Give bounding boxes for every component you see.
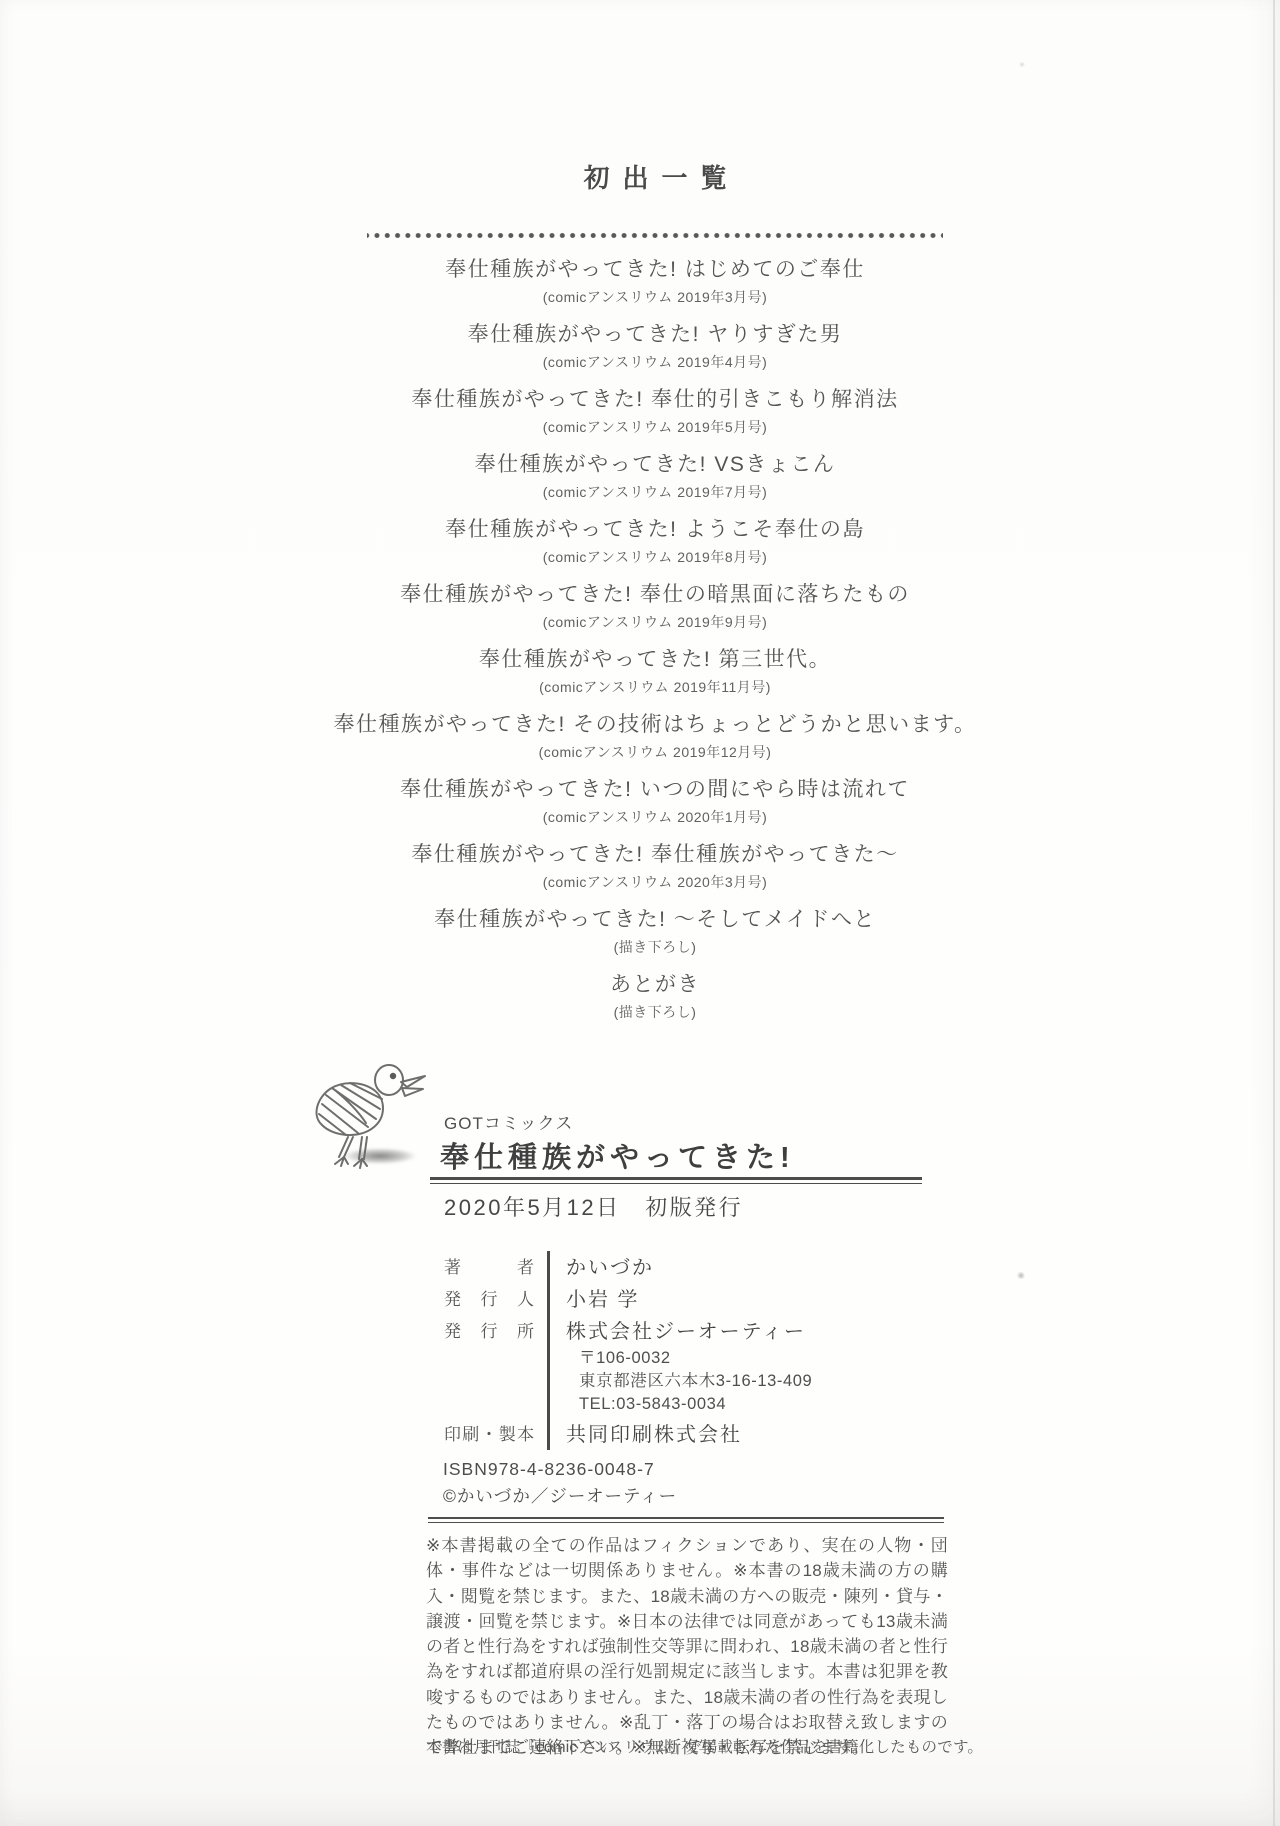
credit-value: かいづか (566, 1255, 924, 1281)
credit-label: 著者 (444, 1251, 534, 1283)
list-item: 奉仕種族がやってきた! ヤりすぎた男 (comicアンスリウム 2019年4月号… (330, 320, 980, 385)
credit-extra-line: 〒106-0032 (579, 1347, 924, 1370)
credit-value: 共同印刷株式会社 (566, 1422, 924, 1448)
book-title: 奉仕種族がやってきた! (440, 1135, 795, 1176)
serialization-note: 本書は月刊誌『comicアンスリウム』で掲載された作品を書籍化したものです。 (426, 1735, 966, 1757)
entry-source: (comicアンスリウム 2019年3月号) (330, 287, 980, 307)
entry-source: (comicアンスリウム 2019年4月号) (330, 352, 980, 372)
entry-title: 奉仕種族がやってきた! ようこそ奉仕の島 (330, 515, 980, 545)
list-item: 奉仕種族がやってきた! 〜そしてメイドへと (描き下ろし) (330, 905, 980, 970)
edition-date: 2020年5月12日 初版発行 (444, 1191, 743, 1222)
entry-title: 奉仕種族がやってきた! その技術はちょっとどうかと思います。 (330, 710, 980, 740)
credit-extra-line: TEL:03-5843-0034 (579, 1393, 924, 1416)
entry-title: 奉仕種族がやってきた! 奉仕の暗黒面に落ちたもの (330, 580, 980, 610)
scan-speck (1016, 1272, 1026, 1279)
entry-title: 奉仕種族がやってきた! はじめてのご奉仕 (330, 255, 980, 285)
list-item: あとがき (描き下ろし) (330, 970, 980, 1035)
list-item: 奉仕種族がやってきた! いつの間にやら時は流れて (comicアンスリウム 20… (330, 775, 980, 840)
list-item: 奉仕種族がやってきた! 奉仕の暗黒面に落ちたもの (comicアンスリウム 20… (330, 580, 980, 645)
credit-body: 小岩 学 (547, 1283, 924, 1315)
copyright-line: ©かいづか／ジーオーティー (443, 1483, 677, 1508)
credit-label: 発行所 (444, 1315, 534, 1418)
credit-value: 株式会社ジーオーティー (566, 1319, 924, 1345)
entry-title: 奉仕種族がやってきた! 奉仕的引きこもり解消法 (330, 385, 980, 415)
entry-title: あとがき (330, 970, 980, 1000)
credit-body: 共同印刷株式会社 (547, 1418, 924, 1450)
entry-title: 奉仕種族がやってきた! いつの間にやら時は流れて (330, 775, 980, 805)
list-item: 奉仕種族がやってきた! VSきょこん (comicアンスリウム 2019年7月号… (330, 450, 980, 515)
page-title: 初出一覧 (330, 158, 980, 195)
entry-source: (描き下ろし) (330, 937, 980, 957)
entry-title: 奉仕種族がやってきた! 第三世代。 (330, 645, 980, 675)
scan-edge (1273, 0, 1275, 1826)
title-double-rule (430, 1177, 922, 1184)
legal-disclaimer: ※本書掲載の全ての作品はフィクションであり、実在の人物・団体・事件などは一切関係… (426, 1533, 948, 1761)
bird-shadow (344, 1148, 416, 1164)
first-publication-list: 奉仕種族がやってきた! はじめてのご奉仕 (comicアンスリウム 2019年3… (330, 255, 980, 1035)
list-item: 奉仕種族がやってきた! その技術はちょっとどうかと思います。 (comicアンス… (330, 710, 980, 775)
colophon-section: GOTコミックス 奉仕種族がやってきた! 2020年5月12日 初版発行 著者 … (0, 1055, 1280, 1826)
entry-source: (comicアンスリウム 2019年5月号) (330, 417, 980, 437)
credits-table: 著者 かいづか 発行人 小岩 学 発行所 株式会社ジーオーティー 〒106-0 (444, 1251, 924, 1450)
list-item: 奉仕種族がやってきた! 奉仕種族がやってきた〜 (comicアンスリウム 202… (330, 840, 980, 905)
legal-double-rule (428, 1517, 944, 1523)
credit-extra-line: 東京都港区六本木3-16-13-409 (579, 1370, 924, 1393)
table-row: 印刷・製本 共同印刷株式会社 (444, 1418, 924, 1450)
entry-source: (comicアンスリウム 2019年12月号) (330, 742, 980, 762)
entry-title: 奉仕種族がやってきた! ヤりすぎた男 (330, 320, 980, 350)
entry-source: (comicアンスリウム 2019年9月号) (330, 612, 980, 632)
entry-source: (comicアンスリウム 2020年3月号) (330, 872, 980, 892)
table-row: 発行人 小岩 学 (444, 1283, 924, 1315)
entry-source: (comicアンスリウム 2020年1月号) (330, 807, 980, 827)
scanned-page: 初出一覧 奉仕種族がやってきた! はじめてのご奉仕 (comicアンスリウム 2… (0, 0, 1280, 1826)
list-item: 奉仕種族がやってきた! はじめてのご奉仕 (comicアンスリウム 2019年3… (330, 255, 980, 320)
entry-title: 奉仕種族がやってきた! 奉仕種族がやってきた〜 (330, 840, 980, 870)
scan-speck (1018, 62, 1026, 67)
entry-title: 奉仕種族がやってきた! 〜そしてメイドへと (330, 905, 980, 935)
table-row: 発行所 株式会社ジーオーティー 〒106-0032東京都港区六本木3-16-13… (444, 1315, 924, 1418)
credit-label: 印刷・製本 (444, 1418, 534, 1450)
credit-value: 小岩 学 (566, 1287, 924, 1313)
credit-extra: 〒106-0032東京都港区六本木3-16-13-409TEL:03-5843-… (566, 1347, 924, 1416)
first-publication-section: 初出一覧 奉仕種族がやってきた! はじめてのご奉仕 (comicアンスリウム 2… (330, 158, 980, 1035)
credit-body: 株式会社ジーオーティー 〒106-0032東京都港区六本木3-16-13-409… (547, 1315, 924, 1418)
table-row: 著者 かいづか (444, 1251, 924, 1283)
list-item: 奉仕種族がやってきた! 奉仕的引きこもり解消法 (comicアンスリウム 201… (330, 385, 980, 450)
entry-title: 奉仕種族がやってきた! VSきょこん (330, 450, 980, 480)
entry-source: (comicアンスリウム 2019年11月号) (330, 677, 980, 697)
entry-source: (comicアンスリウム 2019年8月号) (330, 547, 980, 567)
entry-source: (描き下ろし) (330, 1002, 980, 1022)
isbn: ISBN978-4-8236-0048-7 (443, 1459, 655, 1480)
credit-label: 発行人 (444, 1283, 534, 1315)
list-item: 奉仕種族がやってきた! 第三世代。 (comicアンスリウム 2019年11月号… (330, 645, 980, 710)
list-item: 奉仕種族がやってきた! ようこそ奉仕の島 (comicアンスリウム 2019年8… (330, 515, 980, 580)
entry-source: (comicアンスリウム 2019年7月号) (330, 482, 980, 502)
dotted-divider (367, 232, 943, 239)
credit-body: かいづか (547, 1251, 924, 1283)
imprint-label: GOTコミックス (444, 1109, 573, 1134)
